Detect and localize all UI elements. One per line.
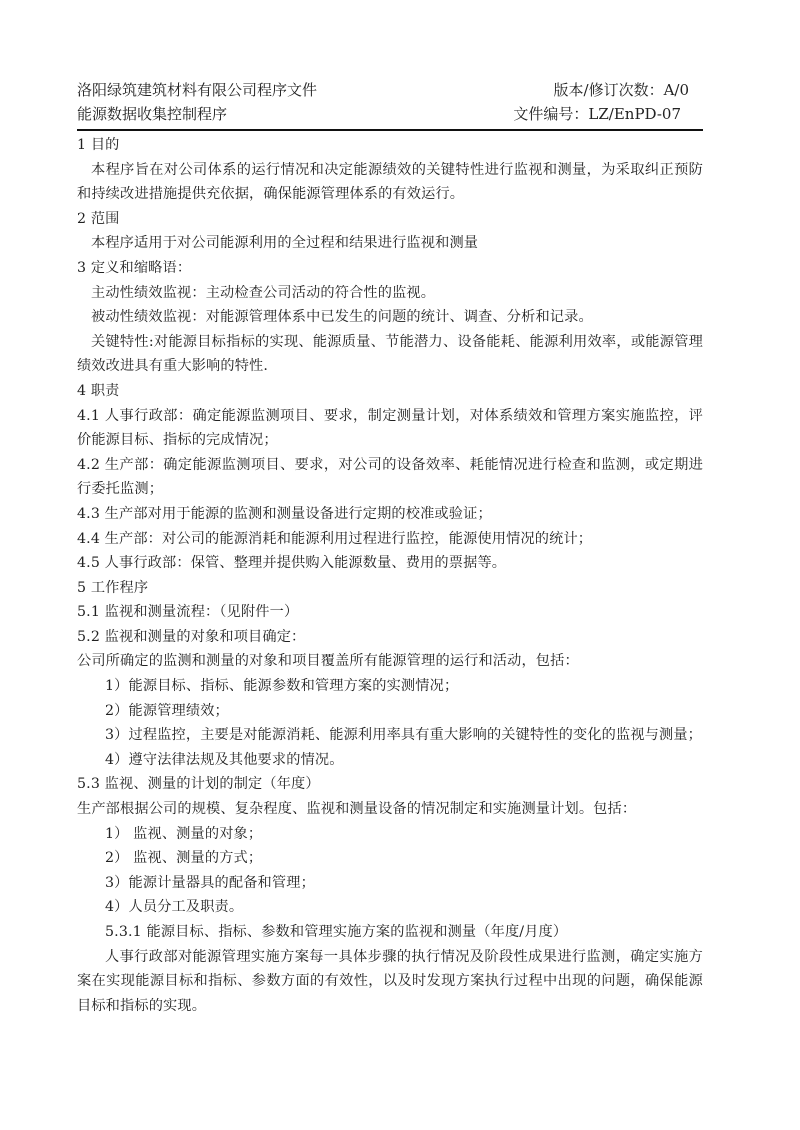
definition-item: 主动性绩效监视：主动检查公司活动的符合性的监视。 [77, 281, 703, 306]
section-5-2-intro: 公司所确定的监测和测量的对象和项目覆盖所有能源管理的运行和活动，包括： [77, 649, 703, 674]
section-5-heading: 5 工作程序 [77, 576, 703, 601]
definition-item: 被动性绩效监视：对能源管理体系中已发生的问题的统计、调查、分析和记录。 [77, 305, 703, 330]
section-5-2-heading: 5.2 监视和测量的对象和项目确定： [77, 625, 703, 650]
section-3-heading: 3 定义和缩略语： [77, 256, 703, 281]
section-1-paragraph: 本程序旨在对公司体系的运行情况和决定能源绩效的关键特性进行监视和测量，为采取纠正… [77, 158, 703, 207]
list-item: 4）人员分工及职责。 [77, 895, 703, 920]
header-row-2: 能源数据收集控制程序 文件编号：LZ/EnPD-07 [77, 102, 703, 126]
section-5-3-1-heading: 5.3.1 能源目标、指标、参数和管理实施方案的监视和测量（年度/月度） [77, 920, 703, 945]
header-row-1: 洛阳绿筑建筑材料有限公司程序文件 版本/修订次数：A/0 [77, 78, 703, 102]
header-divider [77, 129, 703, 131]
list-item: 3）过程监控，主要是对能源消耗、能源利用率具有重大影响的关键特性的变化的监视与测… [77, 723, 703, 748]
company-document-label: 洛阳绿筑建筑材料有限公司程序文件 [77, 78, 317, 102]
document-number: 文件编号：LZ/EnPD-07 [513, 102, 703, 126]
section-2-paragraph: 本程序适用于对公司能源利用的全过程和结果进行监视和测量 [77, 231, 703, 256]
responsibility-item: 4.4 生产部：对公司的能源消耗和能源利用过程进行监控，能源使用情况的统计； [77, 527, 703, 552]
document-title: 能源数据收集控制程序 [77, 102, 227, 126]
section-2-heading: 2 范围 [77, 207, 703, 232]
section-5-3-heading: 5.3 监视、测量的计划的制定（年度） [77, 772, 703, 797]
list-item: 1）能源目标、指标、能源参数和管理方案的实测情况； [77, 674, 703, 699]
section-5-1: 5.1 监视和测量流程：（见附件一） [77, 600, 703, 625]
section-5-3-intro: 生产部根据公司的规模、复杂程度、监视和测量设备的情况制定和实施测量计划。包括： [77, 797, 703, 822]
list-item: 4）遵守法律法规及其他要求的情况。 [77, 748, 703, 773]
definition-item: 关键特性:对能源目标指标的实现、能源质量、节能潜力、设备能耗、能源利用效率，或能… [77, 330, 703, 379]
list-item: 1） 监视、测量的对象； [77, 822, 703, 847]
section-5-3-1-paragraph: 人事行政部对能源管理实施方案每一具体步骤的执行情况及阶段性成果进行监测，确定实施… [77, 945, 703, 1019]
version-label: 版本/修订次数：A/0 [554, 78, 703, 102]
document-page: 洛阳绿筑建筑材料有限公司程序文件 版本/修订次数：A/0 能源数据收集控制程序 … [77, 78, 703, 1018]
section-1-heading: 1 目的 [77, 133, 703, 158]
document-body: 1 目的 本程序旨在对公司体系的运行情况和决定能源绩效的关键特性进行监视和测量，… [77, 133, 703, 1018]
responsibility-item: 4.1 人事行政部：确定能源监测项目、要求，制定测量计划，对体系绩效和管理方案实… [77, 404, 703, 453]
responsibility-item: 4.2 生产部：确定能源监测项目、要求，对公司的设备效率、耗能情况进行检查和监测… [77, 453, 703, 502]
responsibility-item: 4.3 生产部对用于能源的监测和测量设备进行定期的校准或验证； [77, 502, 703, 527]
responsibility-item: 4.5 人事行政部：保管、整理并提供购入能源数量、费用的票据等。 [77, 551, 703, 576]
list-item: 2）能源管理绩效； [77, 699, 703, 724]
list-item: 2） 监视、测量的方式； [77, 846, 703, 871]
list-item: 3）能源计量器具的配备和管理； [77, 871, 703, 896]
section-4-heading: 4 职责 [77, 379, 703, 404]
